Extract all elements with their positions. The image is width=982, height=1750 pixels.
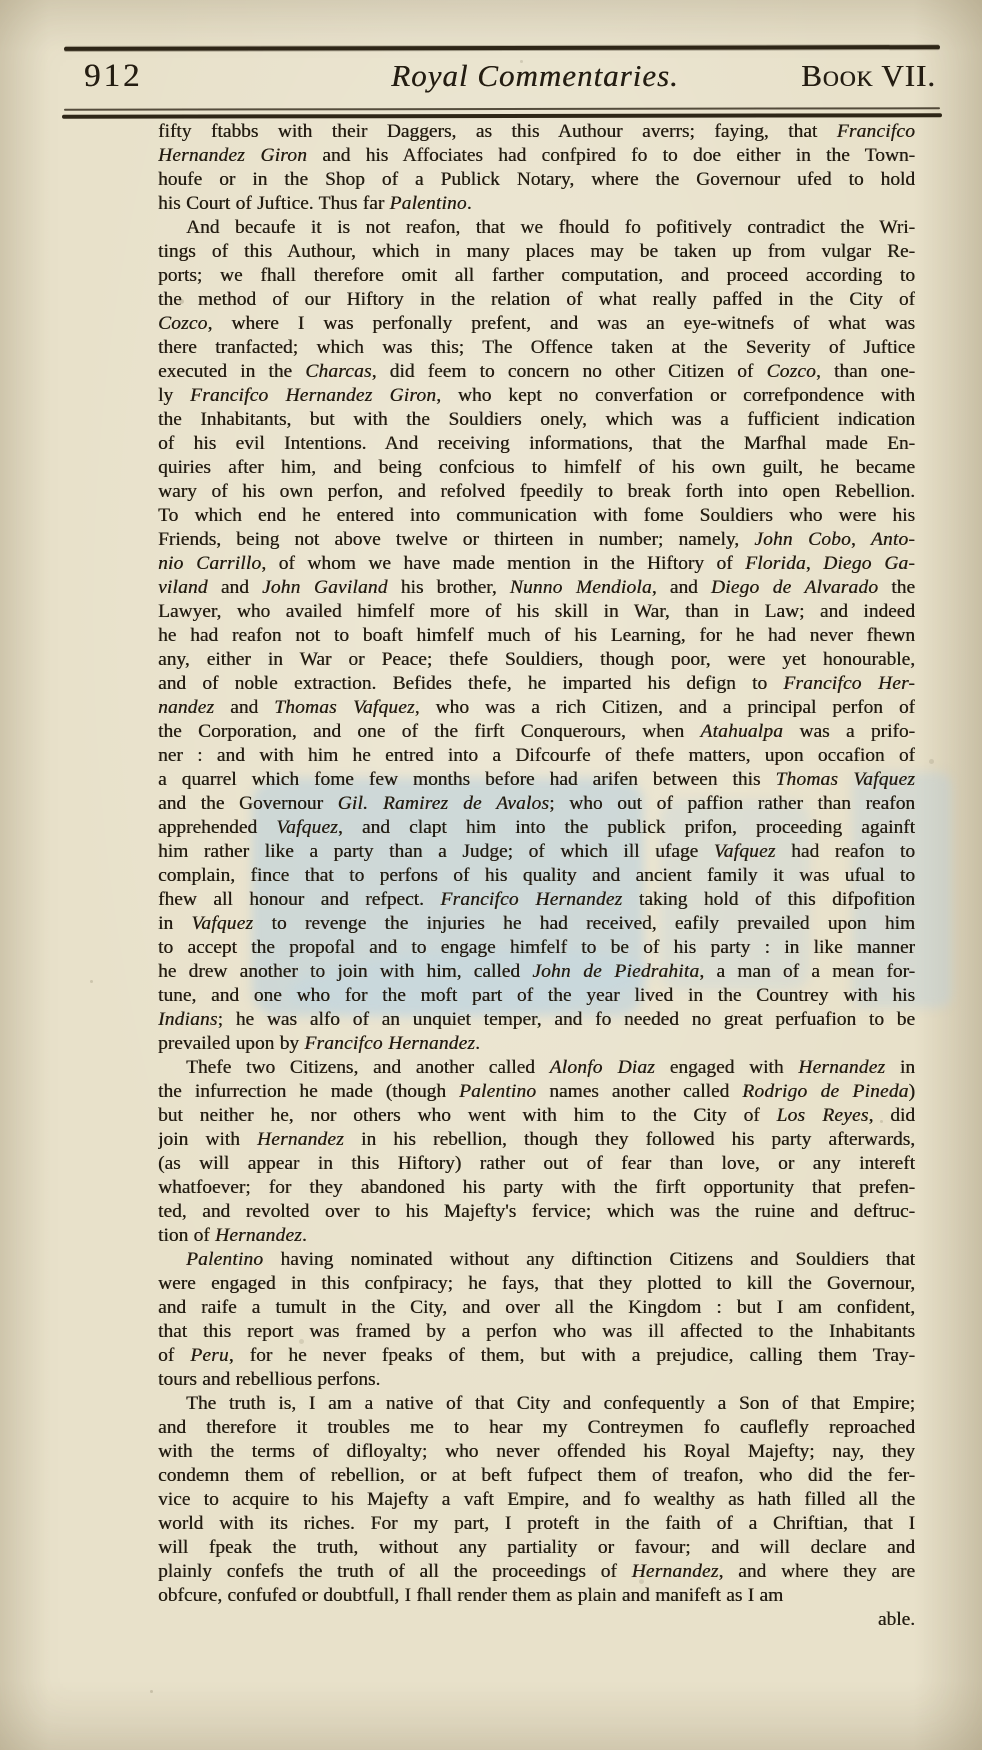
text-line: with the terms of difloyalty; who never … bbox=[158, 1440, 915, 1464]
italic-text: nandez bbox=[158, 697, 214, 718]
roman-text: and bbox=[208, 577, 262, 598]
italic-text: Alonfo Diaz bbox=[550, 1057, 655, 1078]
roman-text: the Inhabitants, but with the Souldiers … bbox=[158, 409, 915, 430]
text-line: condemn them of rebellion, or at beft fu… bbox=[158, 1464, 915, 1488]
roman-text: , bbox=[806, 553, 823, 574]
text-line: (as will appear in this Hiftory) rather … bbox=[158, 1152, 915, 1176]
roman-text: the bbox=[878, 577, 915, 598]
italic-text: Charcas bbox=[305, 361, 371, 382]
roman-text: complain, fince that to perfons of his q… bbox=[158, 865, 915, 886]
italic-text: Palentino bbox=[390, 193, 467, 214]
roman-text: tune, and one who for the moft part of t… bbox=[158, 985, 915, 1006]
book-numeral: VII. bbox=[881, 58, 936, 93]
roman-text: names another called bbox=[536, 1081, 742, 1102]
italic-text: Florida bbox=[745, 553, 806, 574]
roman-text: having nominated without any diftinction… bbox=[263, 1249, 915, 1270]
italic-text: Gil. Ramirez de Avalos bbox=[338, 793, 550, 814]
roman-text: Lawyer, who availed himfelf more of his … bbox=[158, 601, 915, 622]
header-rule-bottom-thick bbox=[62, 113, 942, 119]
italic-text: Diego de Alvarado bbox=[711, 577, 878, 598]
text-line: there tranfacted; which was this; The Of… bbox=[158, 336, 915, 360]
roman-text: , of whom we have made mention in the Hi… bbox=[261, 553, 745, 574]
text-line: quiries after him, and being confcious t… bbox=[158, 456, 915, 480]
text-line: The truth is, I am a native of that City… bbox=[158, 1392, 915, 1416]
book-page: 912 Royal Commentaries. Book VII. fifty … bbox=[0, 0, 982, 1750]
italic-text: Rodrigo de Pineda bbox=[742, 1081, 908, 1102]
text-line: To which end he entered into communicati… bbox=[158, 504, 915, 528]
text-line: nio Carrillo, of whom we have made menti… bbox=[158, 552, 915, 576]
roman-text: Thefe two Citizens, and another called bbox=[186, 1057, 550, 1078]
roman-text: he drew another to join with him, called bbox=[158, 961, 532, 982]
roman-text: , and bbox=[652, 577, 711, 598]
roman-text: and his Affociates had confpired fo to d… bbox=[307, 145, 915, 166]
italic-text: Los Reyes bbox=[777, 1105, 869, 1126]
roman-text: ; who out of paffion rather than reafon bbox=[549, 793, 915, 814]
roman-text: tours and rebellious perfons. bbox=[158, 1369, 380, 1390]
header-rule-top bbox=[64, 45, 940, 51]
text-line: plainly confefs the truth of all the pro… bbox=[158, 1560, 915, 1584]
header-rule-bottom-thin bbox=[64, 107, 940, 111]
text-line: Lawyer, who availed himfelf more of his … bbox=[158, 600, 915, 624]
paragraph: Thefe two Citizens, and another called A… bbox=[158, 1056, 915, 1248]
italic-text: Hernandez bbox=[257, 1129, 344, 1150]
roman-text: , and clapt him into the publick prifon,… bbox=[338, 817, 915, 838]
roman-text: world with its riches. For my part, I pr… bbox=[158, 1513, 915, 1534]
roman-text: executed in the bbox=[158, 361, 305, 382]
roman-text: vice to acquire to his Majefty a vaft Em… bbox=[158, 1489, 915, 1510]
roman-text: engaged with bbox=[655, 1057, 798, 1078]
roman-text: houfe or in the Shop of a Publick Notary… bbox=[158, 169, 915, 190]
text-line: that this report was framed by a perfon … bbox=[158, 1320, 915, 1344]
text-line: the method of our Hiftory in the relatio… bbox=[158, 288, 915, 312]
paragraph: And becaufe it is not reafon, that we fh… bbox=[158, 216, 915, 1056]
italic-text: Francifco Hernandez Giron bbox=[190, 385, 436, 406]
text-line: of his evil Intentions. And receiving in… bbox=[158, 432, 915, 456]
roman-text: condemn them of rebellion, or at beft fu… bbox=[158, 1465, 915, 1486]
roman-text: ted, and revolted over to his Majefty's … bbox=[158, 1201, 915, 1222]
roman-text: and raife a tumult in the City, and over… bbox=[158, 1297, 915, 1318]
text-line: Indians; he was alfo of an unquiet tempe… bbox=[158, 1008, 915, 1032]
text-line: fifty ftabbs with their Daggers, as this… bbox=[158, 120, 915, 144]
italic-text: Peru bbox=[190, 1345, 229, 1366]
italic-text: John de Piedrahita bbox=[532, 961, 699, 982]
italic-text: Atahualpa bbox=[700, 721, 783, 742]
roman-text: To which end he entered into communicati… bbox=[158, 505, 915, 526]
roman-text: ner : and with him he entred into a Difc… bbox=[158, 745, 915, 766]
italic-text: John Gaviland bbox=[262, 577, 388, 598]
text-line: in Vafquez to revenge the injuries he ha… bbox=[158, 912, 915, 936]
roman-text: that this report was framed by a perfon … bbox=[158, 1321, 915, 1342]
roman-text: Friends, being not above twelve or thirt… bbox=[158, 529, 754, 550]
italic-text: Palentino bbox=[186, 1249, 263, 1270]
roman-text: fhew all honour and refpect. bbox=[158, 889, 440, 910]
roman-text: , and where they are bbox=[718, 1561, 915, 1582]
text-line: but neither he, nor others who went with… bbox=[158, 1104, 915, 1128]
text-line: and raife a tumult in the City, and over… bbox=[158, 1296, 915, 1320]
roman-text: quiries after him, and being confcious t… bbox=[158, 457, 915, 478]
roman-text: , did feem to concern no other Citizen o… bbox=[372, 361, 767, 382]
roman-text: , for he never fpeaks of them, but with … bbox=[229, 1345, 915, 1366]
roman-text: were engaged in this confpiracy; he fays… bbox=[158, 1273, 915, 1294]
italic-text: Hernandez bbox=[798, 1057, 885, 1078]
text-line: prevailed upon by Francifco Hernandez. bbox=[158, 1032, 915, 1056]
italic-text: Vafquez bbox=[276, 817, 338, 838]
text-line: to accept the propofal and to engage him… bbox=[158, 936, 915, 960]
italic-text: Vafquez bbox=[714, 841, 776, 862]
roman-text: was a prifo- bbox=[783, 721, 915, 742]
italic-text: Hernandez bbox=[632, 1561, 719, 1582]
roman-text: , where I was perfonally prefent, and wa… bbox=[207, 313, 915, 334]
text-line: Thefe two Citizens, and another called A… bbox=[158, 1056, 915, 1080]
roman-text: and therefore it troubles me to hear my … bbox=[158, 1417, 915, 1438]
roman-text: to revenge the injuries he had received,… bbox=[253, 913, 915, 934]
text-line: ted, and revolted over to his Majefty's … bbox=[158, 1200, 915, 1224]
book-title: Book VII. bbox=[801, 58, 936, 94]
italic-text: nio Carrillo bbox=[158, 553, 261, 574]
paragraph: The truth is, I am a native of that City… bbox=[158, 1392, 915, 1608]
text-line: a quarrel which fome few months before h… bbox=[158, 768, 915, 792]
roman-text: obfcure, confufed or doubtfull, I fhall … bbox=[158, 1585, 783, 1606]
roman-text: in bbox=[158, 913, 191, 934]
italic-text: Francifco Her- bbox=[783, 673, 915, 694]
text-line: of Peru, for he never fpeaks of them, bu… bbox=[158, 1344, 915, 1368]
text-line: complain, fince that to perfons of his q… bbox=[158, 864, 915, 888]
italic-text: Diego Ga- bbox=[823, 553, 915, 574]
roman-text: had reafon to bbox=[776, 841, 915, 862]
text-line: the infurrection he made (though Palenti… bbox=[158, 1080, 915, 1104]
roman-text: The truth is, I am a native of that City… bbox=[186, 1393, 915, 1414]
roman-text: a quarrel which fome few months before h… bbox=[158, 769, 775, 790]
text-line: ner : and with him he entred into a Difc… bbox=[158, 744, 915, 768]
text-line: he drew another to join with him, called… bbox=[158, 960, 915, 984]
roman-text: And becaufe it is not reafon, that we fh… bbox=[186, 217, 915, 238]
text-line: ports; we fhall therefore omit all farth… bbox=[158, 264, 915, 288]
roman-text: plainly confefs the truth of all the pro… bbox=[158, 1561, 632, 1582]
body-text: fifty ftabbs with their Daggers, as this… bbox=[158, 120, 915, 1632]
roman-text: ly bbox=[158, 385, 190, 406]
text-line: were engaged in this confpiracy; he fays… bbox=[158, 1272, 915, 1296]
italic-text: Cozco bbox=[158, 313, 207, 334]
roman-text: wary of his own perfon, and refolved fpe… bbox=[158, 481, 915, 502]
italic-text: Hernandez bbox=[215, 1225, 302, 1246]
text-line: houfe or in the Shop of a Publick Notary… bbox=[158, 168, 915, 192]
roman-text: the method of our Hiftory in the relatio… bbox=[158, 289, 915, 310]
roman-text: the Corporation, and one of the firft Co… bbox=[158, 721, 700, 742]
roman-text: . bbox=[302, 1225, 307, 1246]
text-line: whatfoever; for they abandoned his party… bbox=[158, 1176, 915, 1200]
text-line: Friends, being not above twelve or thirt… bbox=[158, 528, 915, 552]
roman-text: in his rebellion, though they followed h… bbox=[344, 1129, 915, 1150]
text-line: and therefore it troubles me to hear my … bbox=[158, 1416, 915, 1440]
roman-text: join with bbox=[158, 1129, 257, 1150]
roman-text: fifty ftabbs with their Daggers, as this… bbox=[158, 121, 837, 142]
roman-text: (as will appear in this Hiftory) rather … bbox=[158, 1153, 915, 1174]
roman-text: whatfoever; for they abandoned his party… bbox=[158, 1177, 915, 1198]
text-line: fhew all honour and refpect. Francifco H… bbox=[158, 888, 915, 912]
roman-text: in bbox=[885, 1057, 915, 1078]
text-line: world with its riches. For my part, I pr… bbox=[158, 1512, 915, 1536]
roman-text: tion of bbox=[158, 1225, 215, 1246]
italic-text: Nunno Mendiola bbox=[510, 577, 652, 598]
paragraph: fifty ftabbs with their Daggers, as this… bbox=[158, 120, 915, 216]
text-line: him rather like a party than a Judge; of… bbox=[158, 840, 915, 864]
italic-text: Cozco bbox=[766, 361, 815, 382]
text-line: Palentino having nominated without any d… bbox=[158, 1248, 915, 1272]
roman-text: of bbox=[158, 1345, 190, 1366]
roman-text: ) bbox=[909, 1081, 915, 1102]
roman-text: his Court of Juftice. Thus far bbox=[158, 193, 390, 214]
roman-text: will fpeak the truth, without any partia… bbox=[158, 1537, 915, 1558]
roman-text: taking hold of this difpofition bbox=[622, 889, 915, 910]
text-line: his Court of Juftice. Thus far Palentino… bbox=[158, 192, 915, 216]
roman-text: and of noble extraction. Befides thefe, … bbox=[158, 673, 783, 694]
text-line: the Inhabitants, but with the Souldiers … bbox=[158, 408, 915, 432]
roman-text: the infurrection he made (though bbox=[158, 1081, 459, 1102]
italic-text: Anto- bbox=[871, 529, 915, 550]
italic-text: John Cobo bbox=[754, 529, 851, 550]
text-line: will fpeak the truth, without any partia… bbox=[158, 1536, 915, 1560]
text-line: apprehended Vafquez, and clapt him into … bbox=[158, 816, 915, 840]
text-line: tion of Hernandez. bbox=[158, 1224, 915, 1248]
roman-text: of his evil Intentions. And receiving in… bbox=[158, 433, 915, 454]
text-line: he had reafon not to boaft himfelf much … bbox=[158, 624, 915, 648]
text-line: nandez and Thomas Vafquez, who was a ric… bbox=[158, 696, 915, 720]
roman-text: him rather like a party than a Judge; of… bbox=[158, 841, 714, 862]
text-line: And becaufe it is not reafon, that we fh… bbox=[158, 216, 915, 240]
roman-text: apprehended bbox=[158, 817, 276, 838]
roman-text: ports; we fhall therefore omit all farth… bbox=[158, 265, 915, 286]
text-line: the Corporation, and one of the firft Co… bbox=[158, 720, 915, 744]
roman-text: . bbox=[467, 193, 472, 214]
roman-text: , bbox=[851, 529, 871, 550]
italic-text: Thomas Vafquez bbox=[274, 697, 415, 718]
roman-text: there tranfacted; which was this; The Of… bbox=[158, 337, 915, 358]
roman-text: , did bbox=[868, 1105, 915, 1126]
paragraph: Palentino having nominated without any d… bbox=[158, 1248, 915, 1392]
italic-text: Vafquez bbox=[191, 913, 253, 934]
text-line: viland and John Gaviland his brother, Nu… bbox=[158, 576, 915, 600]
roman-text: ; he was alfo of an unquiet temper, and … bbox=[218, 1009, 915, 1030]
roman-text: tings of this Authour, which in many pla… bbox=[158, 241, 915, 262]
text-line: vice to acquire to his Majefty a vaft Em… bbox=[158, 1488, 915, 1512]
text-line: Cozco, where I was perfonally prefent, a… bbox=[158, 312, 915, 336]
roman-text: any, either in War or Peace; thefe Sould… bbox=[158, 649, 915, 670]
italic-text: Hernandez Giron bbox=[158, 145, 307, 166]
italic-text: Indians bbox=[158, 1009, 218, 1030]
text-line: tours and rebellious perfons. bbox=[158, 1368, 915, 1392]
roman-text: with the terms of difloyalty; who never … bbox=[158, 1441, 915, 1462]
text-line: join with Hernandez in his rebellion, th… bbox=[158, 1128, 915, 1152]
roman-text: but neither he, nor others who went with… bbox=[158, 1105, 777, 1126]
roman-text: , than one- bbox=[816, 361, 915, 382]
paper-specks bbox=[0, 0, 3, 3]
roman-text: prevailed upon by bbox=[158, 1033, 304, 1054]
italic-text: Francifco Hernandez bbox=[304, 1033, 475, 1054]
italic-text: Palentino bbox=[459, 1081, 536, 1102]
text-line: ly Francifco Hernandez Giron, who kept n… bbox=[158, 384, 915, 408]
text-line: any, either in War or Peace; thefe Sould… bbox=[158, 648, 915, 672]
running-title-text: Royal Commentaries. bbox=[391, 58, 679, 93]
text-line: wary of his own perfon, and refolved fpe… bbox=[158, 480, 915, 504]
italic-text: viland bbox=[158, 577, 208, 598]
roman-text: , who kept no converfation or correfpond… bbox=[436, 385, 915, 406]
text-line: executed in the Charcas, did feem to con… bbox=[158, 360, 915, 384]
roman-text: , who was a rich Citizen, and a principa… bbox=[415, 697, 915, 718]
roman-text: his brother, bbox=[388, 577, 510, 598]
italic-text: Francifco bbox=[837, 121, 915, 142]
italic-text: Francifco Hernandez bbox=[440, 889, 622, 910]
italic-text: Thomas Vafquez bbox=[775, 769, 915, 790]
book-label: Book bbox=[801, 58, 873, 93]
text-line: obfcure, confufed or doubtfull, I fhall … bbox=[158, 1584, 915, 1608]
roman-text: to accept the propofal and to engage him… bbox=[158, 937, 915, 958]
catchword: able. bbox=[158, 1608, 915, 1632]
paragraphs: fifty ftabbs with their Daggers, as this… bbox=[158, 120, 915, 1608]
text-line: tings of this Authour, which in many pla… bbox=[158, 240, 915, 264]
roman-text: he had reafon not to boaft himfelf much … bbox=[158, 625, 915, 646]
roman-text: . bbox=[475, 1033, 480, 1054]
roman-text: , a man of a mean for- bbox=[699, 961, 915, 982]
text-line: and the Governour Gil. Ramirez de Avalos… bbox=[158, 792, 915, 816]
text-line: Hernandez Giron and his Affociates had c… bbox=[158, 144, 915, 168]
roman-text: and the Governour bbox=[158, 793, 338, 814]
text-line: tune, and one who for the moft part of t… bbox=[158, 984, 915, 1008]
roman-text: and bbox=[214, 697, 274, 718]
text-line: and of noble extraction. Befides thefe, … bbox=[158, 672, 915, 696]
